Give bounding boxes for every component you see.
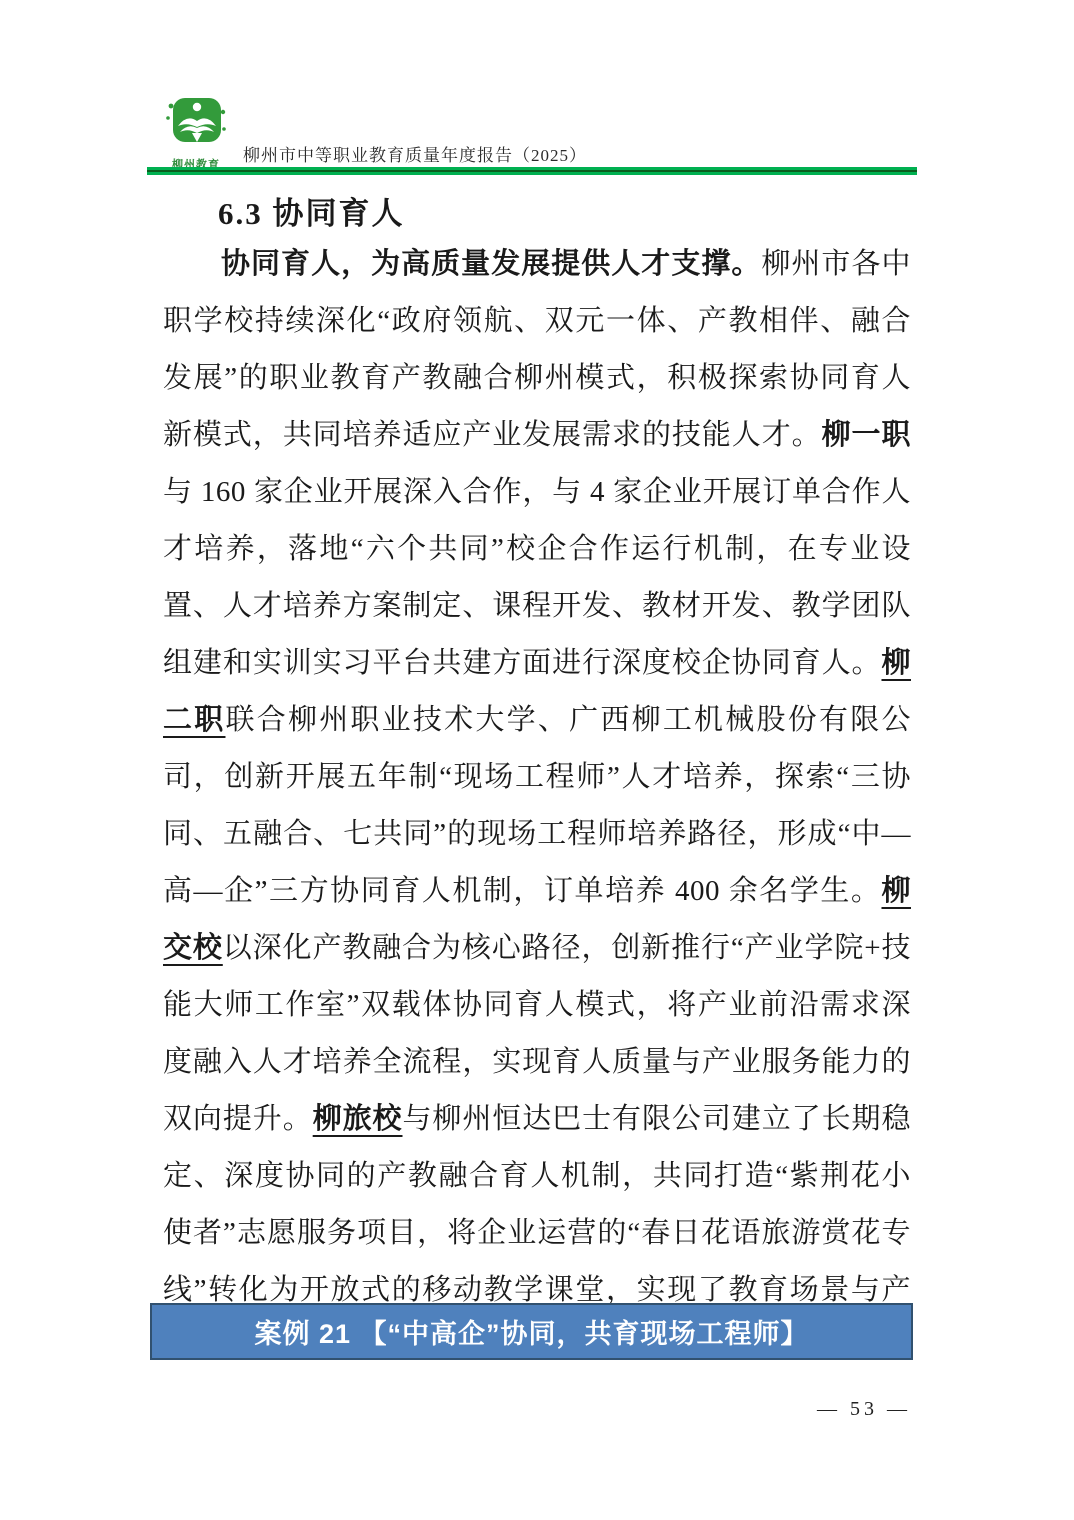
page-number: — 53 —	[817, 1398, 911, 1421]
document-page: 柳州教育 柳州市中等职业教育质量年度报告（2025） 6.3 协同育人 协同育人…	[0, 0, 1074, 1520]
liuzhou-education-logo-icon	[165, 96, 227, 155]
case-banner-label: 案例 21 【“中高企”协同，共育现场工程师】	[254, 1312, 808, 1351]
case-banner: 案例 21 【“中高企”协同，共育现场工程师】	[150, 1303, 913, 1360]
divider-green-bottom	[147, 172, 917, 175]
header-divider-line	[147, 167, 917, 175]
text-run-regular: 与 160 家企业开展深入合作，与 4 家企业开展订单合作人才培养，落地“六个共…	[163, 476, 911, 679]
text-run-bold: 柳一职	[822, 419, 911, 451]
liuzhou-education-logo: 柳州教育	[163, 96, 229, 172]
body-paragraph: 协同育人，为高质量发展提供人才支撑。柳州市各中职学校持续深化“政府领航、双元一体…	[163, 236, 911, 1376]
section-heading: 6.3 协同育人	[218, 188, 405, 233]
text-run-regular: 联合柳州职业技术大学、广西柳工机械股份有限公司，创新开展五年制“现场工程师”人才…	[163, 704, 911, 907]
page-header: 柳州教育 柳州市中等职业教育质量年度报告（2025）	[163, 96, 587, 172]
text-run-bold-underline: 柳旅校	[313, 1103, 403, 1135]
text-run-bold: 协同育人，为高质量发展提供人才支撑。	[221, 248, 761, 280]
